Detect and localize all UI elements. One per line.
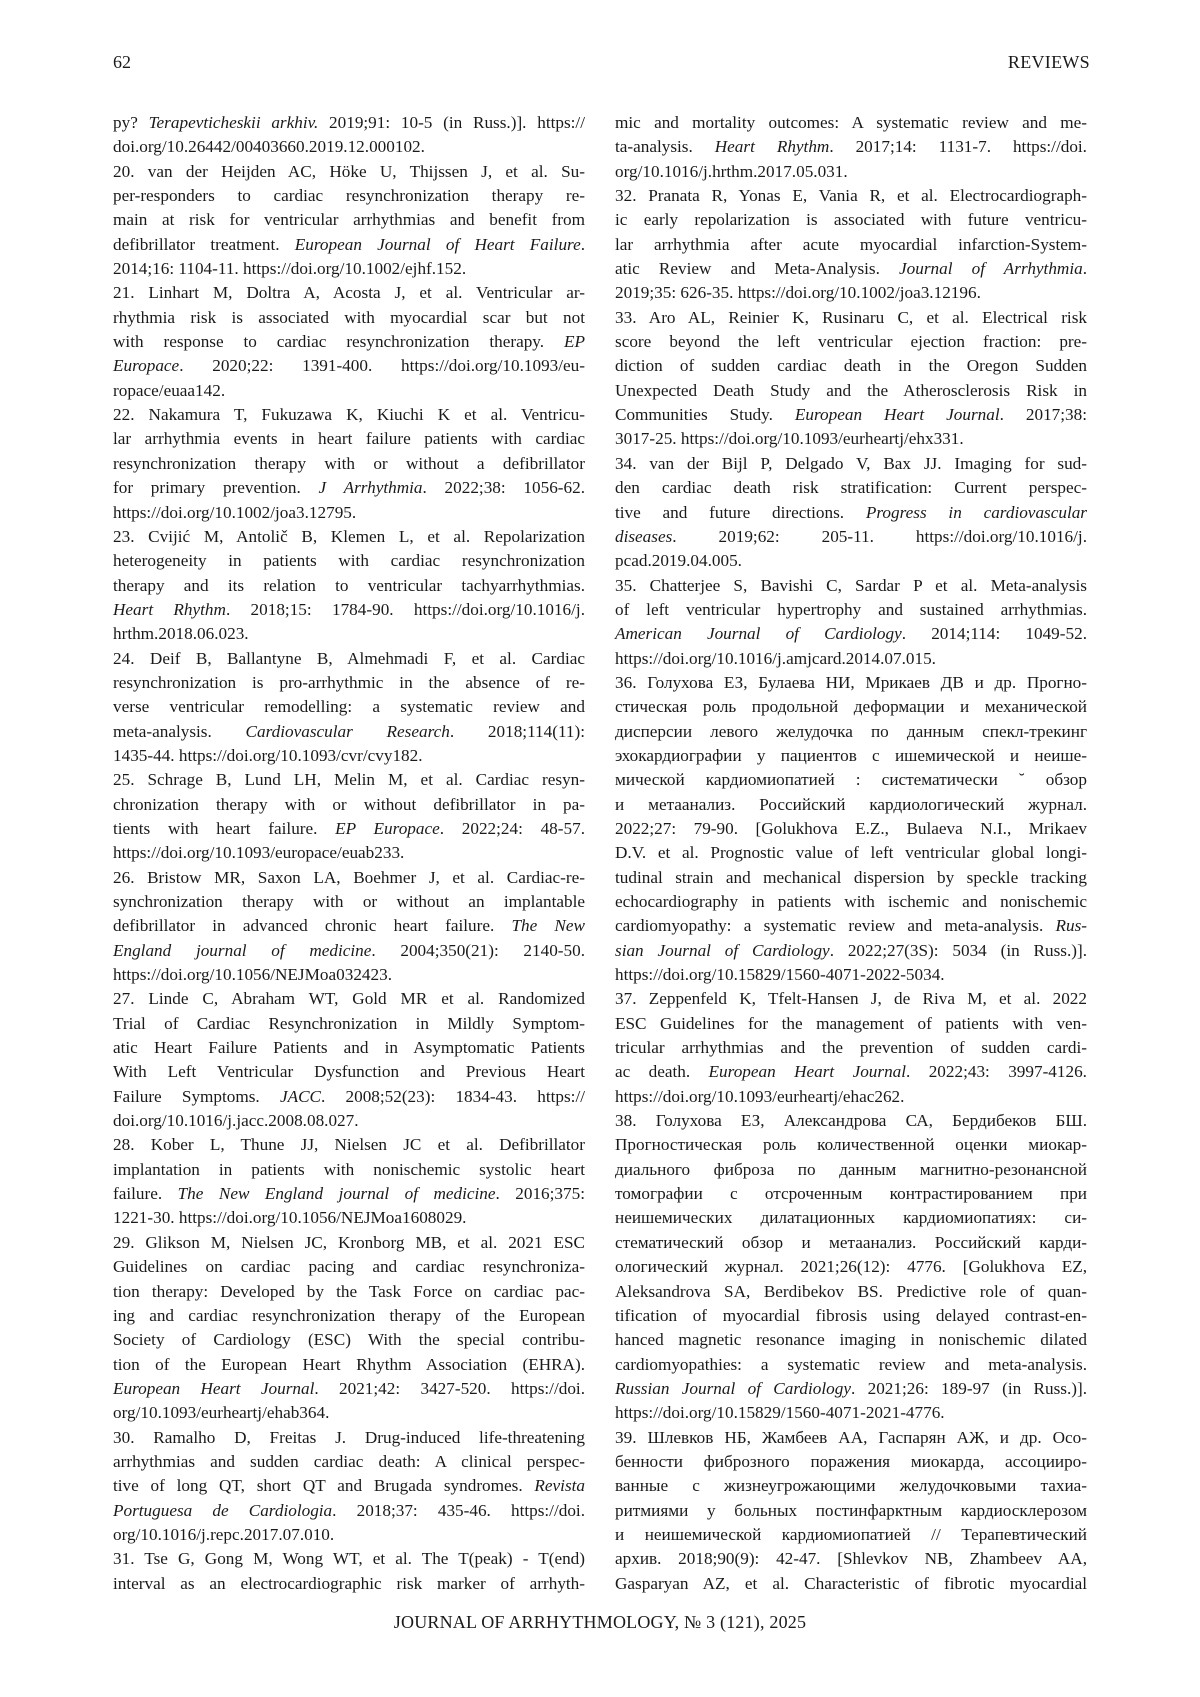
reference-text: for primary prevention.: [113, 478, 319, 497]
journal-title: EP: [564, 332, 585, 351]
reference-text: verse ventricular remodelling: a systema…: [113, 697, 585, 716]
reference-text: defibrillator treatment.: [113, 235, 295, 254]
reference-line: tion of the European Heart Rhythm Associ…: [113, 1353, 585, 1377]
reference-text: resynchronization is pro-arrhythmic in t…: [113, 673, 585, 692]
reference-line: 32. Pranata R, Yonas E, Vania R, et al. …: [615, 184, 1087, 208]
reference-line: 30. Ramalho D, Freitas J. Drug-induced l…: [113, 1426, 585, 1450]
reference-line: https://doi.org/10.1002/joa3.12795.: [113, 501, 585, 525]
reference-text: https://doi.org/10.1093/eurheartj/ehac26…: [615, 1087, 904, 1106]
reference-line: hrthm.2018.06.023.: [113, 622, 585, 646]
reference-text: . 2018;114(11):: [450, 722, 585, 741]
reference-line: 3017-25. https://doi.org/10.1093/eurhear…: [615, 427, 1087, 451]
reference-line: Society of Cardiology (ESC) With the spe…: [113, 1328, 585, 1352]
reference-line: per-responders to cardiac resynchronizat…: [113, 184, 585, 208]
reference-text: therapy and its relation to ventricular …: [113, 576, 585, 595]
reference-line: heterogeneity in patients with cardiac r…: [113, 549, 585, 573]
journal-title: Cardiovascular Research: [246, 722, 450, 741]
page-number: 62: [113, 52, 131, 73]
reference-text: . 2014;114: 1049-52.: [902, 624, 1087, 643]
reference-text: . 2018;37: 435-46. https://doi.: [332, 1501, 585, 1520]
reference-text: ac death.: [615, 1062, 709, 1081]
reference-line: Aleksandrova SA, Berdibekov BS. Predicti…: [615, 1280, 1087, 1304]
reference-text: неишемических дилатационных кардиомиопат…: [615, 1208, 1087, 1227]
reference-line: failure. The New England journal of medi…: [113, 1182, 585, 1206]
reference-line: chronization therapy with or without def…: [113, 793, 585, 817]
reference-line: defibrillator in advanced chronic heart …: [113, 914, 585, 938]
reference-line: стематический обзор и метаанализ. Россий…: [615, 1231, 1087, 1255]
journal-title: J Arrhythmia: [319, 478, 423, 497]
reference-text: Guidelines on cardiac pacing and cardiac…: [113, 1257, 585, 1276]
reference-text: . 2004;350(21): 2140-50.: [371, 941, 585, 960]
journal-title: The New: [511, 916, 585, 935]
reference-line: https://doi.org/10.1093/eurheartj/ehac26…: [615, 1085, 1087, 1109]
reference-line: 2014;16: 1104-11. https://doi.org/10.100…: [113, 257, 585, 281]
reference-text: 28. Kober L, Thune JJ, Nielsen JC et al.…: [113, 1135, 585, 1154]
reference-text: failure.: [113, 1184, 178, 1203]
reference-text: score beyond the left ventricular ejecti…: [615, 332, 1087, 351]
reference-line: lar arrhythmia events in heart failure p…: [113, 427, 585, 451]
reference-text: дисперсии левого желудочка по данным спе…: [615, 722, 1087, 741]
reference-line: https://doi.org/10.1093/europace/euab233…: [113, 841, 585, 865]
reference-line: tive of long QT, short QT and Brugada sy…: [113, 1474, 585, 1498]
reference-text: 24. Deif B, Ballantyne B, Almehmadi F, e…: [113, 649, 585, 668]
reference-line: doi.org/10.1016/j.jacc.2008.08.027.: [113, 1109, 585, 1133]
reference-text: D.V. et al. Prognostic value of left ven…: [615, 843, 1087, 862]
reference-text: diction of sudden cardiac death in the O…: [615, 356, 1087, 375]
reference-text: cardiomyopathy: a systematic review and …: [615, 916, 1055, 935]
reference-text: 26. Bristow MR, Saxon LA, Boehmer J, et …: [113, 868, 585, 887]
reference-line: 28. Kober L, Thune JJ, Nielsen JC et al.…: [113, 1133, 585, 1157]
reference-text: 1435-44. https://doi.org/10.1093/cvr/cvy…: [113, 746, 423, 765]
reference-line: hanced magnetic resonance imaging in non…: [615, 1328, 1087, 1352]
reference-line: 20. van der Heijden AC, Höke U, Thijssen…: [113, 160, 585, 184]
reference-line: 21. Linhart M, Doltra A, Acosta J, et al…: [113, 281, 585, 305]
reference-text: Gasparyan AZ, et al. Characteristic of f…: [615, 1574, 1087, 1593]
journal-title: European Journal of Heart Failure: [295, 235, 581, 254]
reference-text: ESC Guidelines for the management of pat…: [615, 1014, 1087, 1033]
reference-text: архив. 2018;90(9): 42-47. [Shlevkov NB, …: [615, 1549, 1087, 1568]
reference-text: tive of long QT, short QT and Brugada sy…: [113, 1476, 534, 1495]
reference-text: . 2022;24: 48-57.: [440, 819, 585, 838]
reference-line: interval as an electrocardiographic risk…: [113, 1572, 585, 1596]
reference-line: score beyond the left ventricular ejecti…: [615, 330, 1087, 354]
reference-text: стическая роль продольной деформации и м…: [615, 697, 1087, 716]
reference-text: pcad.2019.04.005.: [615, 551, 742, 570]
reference-line: arrhythmias and sudden cardiac death: A …: [113, 1450, 585, 1474]
reference-text: tion of the European Heart Rhythm Associ…: [113, 1355, 585, 1374]
reference-line: rhythmia risk is associated with myocard…: [113, 306, 585, 330]
reference-line: for primary prevention. J Arrhythmia. 20…: [113, 476, 585, 500]
reference-text: meta-analysis.: [113, 722, 246, 741]
journal-title: Heart Rhythm: [113, 600, 226, 619]
reference-line: D.V. et al. Prognostic value of left ven…: [615, 841, 1087, 865]
reference-text: Communities Study.: [615, 405, 795, 424]
reference-line: ологический журнал. 2021;26(12): 4776. […: [615, 1255, 1087, 1279]
reference-text: lar arrhythmia after acute myocardial in…: [615, 235, 1087, 254]
reference-line: 37. Zeppenfeld K, Tfelt-Hansen J, de Riv…: [615, 987, 1087, 1011]
reference-text: 22. Nakamura T, Fukuzawa K, Kiuchi K et …: [113, 405, 585, 424]
reference-text: 2022;27: 79-90. [Golukhova E.Z., Bulaeva…: [615, 819, 1087, 838]
journal-title: Revista: [534, 1476, 585, 1495]
reference-text: . 2020;22: 1391-400. https://doi.org/10.…: [179, 356, 585, 375]
reference-text: . 2022;27(3S): 5034 (in Russ.)].: [830, 941, 1087, 960]
reference-text: 33. Aro AL, Reinier K, Rusinaru C, et al…: [615, 308, 1087, 327]
reference-line: therapy and its relation to ventricular …: [113, 574, 585, 598]
reference-line: 25. Schrage B, Lund LH, Melin M, et al. …: [113, 768, 585, 792]
reference-line: 39. Шлевков НБ, Жамбеев АА, Гаспарян АЖ,…: [615, 1426, 1087, 1450]
reference-text: org/10.1016/j.repc.2017.07.010.: [113, 1525, 334, 1544]
reference-text: 39. Шлевков НБ, Жамбеев АА, Гаспарян АЖ,…: [615, 1428, 1087, 1447]
journal-title: Heart Rhythm: [715, 137, 830, 156]
reference-text: interval as an electrocardiographic risk…: [113, 1574, 585, 1593]
reference-text: doi.org/10.1016/j.jacc.2008.08.027.: [113, 1111, 359, 1130]
reference-text: Aleksandrova SA, Berdibekov BS. Predicti…: [615, 1282, 1087, 1301]
reference-text: cardiomyopathies: a systematic review an…: [615, 1355, 1087, 1374]
reference-line: With Left Ventricular Dysfunction and Pr…: [113, 1060, 585, 1084]
reference-line: эхокардиографии у пациентов с ишемическо…: [615, 744, 1087, 768]
reference-line: cardiomyopathies: a systematic review an…: [615, 1353, 1087, 1377]
reference-text: with response to cardiac resynchronizati…: [113, 332, 564, 351]
reference-text: и метаанализ. Российский кардиологически…: [615, 795, 1087, 814]
reference-text: Failure Symptoms.: [113, 1087, 280, 1106]
reference-line: synchronization therapy with or without …: [113, 890, 585, 914]
reference-line: ESC Guidelines for the management of pat…: [615, 1012, 1087, 1036]
reference-text: . 2008;52(23): 1834-43. https://: [321, 1087, 585, 1106]
reference-text: resynchronization therapy with or withou…: [113, 454, 585, 473]
reference-text: диального фиброза по данным магнитно-рез…: [615, 1160, 1087, 1179]
reference-line: Guidelines on cardiac pacing and cardiac…: [113, 1255, 585, 1279]
journal-title: Rus-: [1055, 916, 1087, 935]
reference-line: ac death. European Heart Journal. 2022;4…: [615, 1060, 1087, 1084]
reference-line: томографии с отсроченным контрастировани…: [615, 1182, 1087, 1206]
reference-text: hanced magnetic resonance imaging in non…: [615, 1330, 1087, 1349]
reference-text: эхокардиографии у пациентов с ишемическо…: [615, 746, 1087, 765]
reference-text: .: [581, 235, 585, 254]
reference-text: 1221-30. https://doi.org/10.1056/NEJMoa1…: [113, 1208, 466, 1227]
reference-line: 27. Linde C, Abraham WT, Gold MR et al. …: [113, 987, 585, 1011]
reference-line: with response to cardiac resynchronizati…: [113, 330, 585, 354]
reference-line: echocardiography in patients with ischem…: [615, 890, 1087, 914]
reference-line: 2022;27: 79-90. [Golukhova E.Z., Bulaeva…: [615, 817, 1087, 841]
reference-text: echocardiography in patients with ischem…: [615, 892, 1087, 911]
reference-list-left-column: py? Terapevticheskii arkhiv. 2019;91: 10…: [113, 111, 585, 1596]
reference-text: 2019;91: 10-5 (in Russ.)]. https://: [318, 113, 585, 132]
reference-text: Unexpected Death Study and the Atheroscl…: [615, 381, 1087, 400]
reference-line: 2019;35: 626-35. https://doi.org/10.1002…: [615, 281, 1087, 305]
reference-line: of left ventricular hypertrophy and sust…: [615, 598, 1087, 622]
reference-line: мической кардиомиопатией : систематическ…: [615, 768, 1087, 792]
journal-footer: JOURNAL OF ARRHYTHMOLOGY, № 3 (121), 202…: [0, 1612, 1200, 1633]
journal-title: Journal of Arrhythmia: [899, 259, 1083, 278]
reference-text: 25. Schrage B, Lund LH, Melin M, et al. …: [113, 770, 585, 789]
reference-text: . 2022;43: 3997-4126.: [906, 1062, 1087, 1081]
reference-line: 29. Glikson M, Nielsen JC, Kronborg MB, …: [113, 1231, 585, 1255]
reference-line: ритмиями у больных постинфарктным кардио…: [615, 1499, 1087, 1523]
reference-text: heterogeneity in patients with cardiac r…: [113, 551, 585, 570]
reference-text: tients with heart failure.: [113, 819, 335, 838]
journal-title: England journal of medicine: [113, 941, 371, 960]
reference-line: ta-analysis. Heart Rhythm. 2017;14: 1131…: [615, 135, 1087, 159]
reference-text: tion therapy: Developed by the Task Forc…: [113, 1282, 585, 1301]
reference-text: . 2018;15: 1784-90. https://doi.org/10.1…: [226, 600, 585, 619]
reference-text: 23. Cvijić M, Antolič B, Klemen L, et al…: [113, 527, 585, 546]
reference-text: doi.org/10.26442/00403660.2019.12.000102…: [113, 137, 425, 156]
reference-text: org/10.1016/j.hrthm.2017.05.031.: [615, 162, 848, 181]
reference-line: diseases. 2019;62: 205-11. https://doi.o…: [615, 525, 1087, 549]
reference-line: sian Journal of Cardiology. 2022;27(3S):…: [615, 939, 1087, 963]
reference-line: дисперсии левого желудочка по данным спе…: [615, 720, 1087, 744]
reference-line: https://doi.org/10.1056/NEJMoa032423.: [113, 963, 585, 987]
reference-line: Portuguesa de Cardiologia. 2018;37: 435-…: [113, 1499, 585, 1523]
reference-line: Trial of Cardiac Resynchronization in Mi…: [113, 1012, 585, 1036]
reference-text: ологический журнал. 2021;26(12): 4776. […: [615, 1257, 1087, 1276]
reference-text: . 2022;38: 1056-62.: [423, 478, 586, 497]
reference-line: Failure Symptoms. JACC. 2008;52(23): 183…: [113, 1085, 585, 1109]
reference-text: tudinal strain and mechanical dispersion…: [615, 868, 1087, 887]
reference-text: 34. van der Bijl P, Delgado V, Bax JJ. I…: [615, 454, 1087, 473]
reference-text: стематический обзор и метаанализ. Россий…: [615, 1233, 1087, 1252]
reference-line: org/10.1016/j.repc.2017.07.010.: [113, 1523, 585, 1547]
reference-text: 27. Linde C, Abraham WT, Gold MR et al. …: [113, 989, 585, 1008]
reference-text: lar arrhythmia events in heart failure p…: [113, 429, 585, 448]
reference-text: mic and mortality outcomes: A systematic…: [615, 113, 1087, 132]
reference-line: tricular arrhythmias and the prevention …: [615, 1036, 1087, 1060]
reference-line: py? Terapevticheskii arkhiv. 2019;91: 10…: [113, 111, 585, 135]
reference-text: 21. Linhart M, Doltra A, Acosta J, et al…: [113, 283, 585, 302]
journal-title: Terapevticheskii arkhiv.: [149, 113, 319, 132]
reference-line: atic Heart Failure Patients and in Asymp…: [113, 1036, 585, 1060]
reference-text: 20. van der Heijden AC, Höke U, Thijssen…: [113, 162, 585, 181]
reference-line: diction of sudden cardiac death in the O…: [615, 354, 1087, 378]
reference-line: implantation in patients with nonischemi…: [113, 1158, 585, 1182]
reference-line: 36. Голухова ЕЗ, Булаева НИ, Мрикаев ДВ …: [615, 671, 1087, 695]
reference-line: European Heart Journal. 2021;42: 3427-52…: [113, 1377, 585, 1401]
reference-text: бенности фиброзного поражения миокарда, …: [615, 1452, 1087, 1471]
reference-text: With Left Ventricular Dysfunction and Pr…: [113, 1062, 585, 1081]
reference-text: tification of myocardial fibrosis using …: [615, 1306, 1087, 1325]
reference-line: Прогностическая роль количественной оцен…: [615, 1133, 1087, 1157]
reference-text: atic Heart Failure Patients and in Asymp…: [113, 1038, 585, 1057]
reference-text: https://doi.org/10.15829/1560-4071-2021-…: [615, 1403, 945, 1422]
reference-text: 35. Chatterjee S, Bavishi C, Sardar P et…: [615, 576, 1087, 595]
reference-line: Communities Study. European Heart Journa…: [615, 403, 1087, 427]
reference-text: .: [1083, 259, 1087, 278]
reference-line: atic Review and Meta-Analysis. Journal o…: [615, 257, 1087, 281]
reference-text: py?: [113, 113, 149, 132]
reference-text: ic early repolarization is associated wi…: [615, 210, 1087, 229]
reference-text: rhythmia risk is associated with myocard…: [113, 308, 585, 327]
reference-line: ванные с жизнеугрожающими желудочковыми …: [615, 1474, 1087, 1498]
reference-text: . 2021;42: 3427-520. https://doi.: [314, 1379, 585, 1398]
reference-line: doi.org/10.26442/00403660.2019.12.000102…: [113, 135, 585, 159]
reference-line: Russian Journal of Cardiology. 2021;26: …: [615, 1377, 1087, 1401]
reference-line: Europace. 2020;22: 1391-400. https://doi…: [113, 354, 585, 378]
reference-text: main at risk for ventricular arrhythmias…: [113, 210, 585, 229]
reference-text: ropace/euaa142.: [113, 381, 225, 400]
reference-line: 23. Cvijić M, Antolič B, Klemen L, et al…: [113, 525, 585, 549]
reference-text: . 2017;14: 1131-7. https://doi.: [829, 137, 1087, 156]
reference-text: томографии с отсроченным контрастировани…: [615, 1184, 1087, 1203]
journal-title: EP Europace: [335, 819, 440, 838]
reference-text: 38. Голухова ЕЗ, Александрова СА, Бердиб…: [615, 1111, 1087, 1130]
reference-text: . 2019;62: 205-11. https://doi.org/10.10…: [672, 527, 1087, 546]
journal-title: Portuguesa de Cardiologia: [113, 1501, 332, 1520]
reference-text: tive and future directions.: [615, 503, 866, 522]
reference-text: Trial of Cardiac Resynchronization in Mi…: [113, 1014, 585, 1033]
reference-line: диального фиброза по данным магнитно-рез…: [615, 1158, 1087, 1182]
reference-list-right-column: mic and mortality outcomes: A systematic…: [615, 111, 1087, 1596]
reference-line: mic and mortality outcomes: A systematic…: [615, 111, 1087, 135]
reference-line: tudinal strain and mechanical dispersion…: [615, 866, 1087, 890]
journal-title: European Heart Journal: [795, 405, 1000, 424]
reference-text: https://doi.org/10.1002/joa3.12795.: [113, 503, 356, 522]
reference-text: . 2016;375:: [496, 1184, 585, 1203]
reference-line: 35. Chatterjee S, Bavishi C, Sardar P et…: [615, 574, 1087, 598]
reference-text: implantation in patients with nonischemi…: [113, 1160, 585, 1179]
reference-line: и метаанализ. Российский кардиологически…: [615, 793, 1087, 817]
reference-line: main at risk for ventricular arrhythmias…: [113, 208, 585, 232]
journal-title: diseases: [615, 527, 672, 546]
reference-line: org/10.1093/eurheartj/ehab364.: [113, 1401, 585, 1425]
reference-text: ta-analysis.: [615, 137, 715, 156]
journal-title: JACC: [280, 1087, 321, 1106]
reference-text: hrthm.2018.06.023.: [113, 624, 249, 643]
reference-line: tion therapy: Developed by the Task Forc…: [113, 1280, 585, 1304]
reference-line: стическая роль продольной деформации и м…: [615, 695, 1087, 719]
reference-line: tients with heart failure. EP Europace. …: [113, 817, 585, 841]
journal-title: European Heart Journal: [113, 1379, 314, 1398]
reference-line: Unexpected Death Study and the Atheroscl…: [615, 379, 1087, 403]
reference-text: per-responders to cardiac resynchronizat…: [113, 186, 585, 205]
reference-text: 37. Zeppenfeld K, Tfelt-Hansen J, de Riv…: [615, 989, 1087, 1008]
reference-text: den cardiac death risk stratification: C…: [615, 478, 1087, 497]
reference-text: ритмиями у больных постинфарктным кардио…: [615, 1501, 1087, 1520]
reference-line: meta-analysis. Cardiovascular Research. …: [113, 720, 585, 744]
reference-text: 36. Голухова ЕЗ, Булаева НИ, Мрикаев ДВ …: [615, 673, 1087, 692]
reference-line: 22. Nakamura T, Fukuzawa K, Kiuchi K et …: [113, 403, 585, 427]
reference-line: 38. Голухова ЕЗ, Александрова СА, Бердиб…: [615, 1109, 1087, 1133]
reference-line: org/10.1016/j.hrthm.2017.05.031.: [615, 160, 1087, 184]
reference-line: verse ventricular remodelling: a systema…: [113, 695, 585, 719]
reference-text: atic Review and Meta-Analysis.: [615, 259, 899, 278]
journal-title: The New England journal of medicine: [178, 1184, 496, 1203]
reference-text: 31. Tse G, Gong M, Wong WT, et al. The T…: [113, 1549, 585, 1568]
reference-text: ing and cardiac resynchronization therap…: [113, 1306, 585, 1325]
reference-text: https://doi.org/10.1056/NEJMoa032423.: [113, 965, 392, 984]
reference-line: 24. Deif B, Ballantyne B, Almehmadi F, e…: [113, 647, 585, 671]
journal-title: Europace: [113, 356, 179, 375]
reference-line: ic early repolarization is associated wi…: [615, 208, 1087, 232]
reference-line: 34. van der Bijl P, Delgado V, Bax JJ. I…: [615, 452, 1087, 476]
reference-line: https://doi.org/10.15829/1560-4071-2021-…: [615, 1401, 1087, 1425]
reference-line: Gasparyan AZ, et al. Characteristic of f…: [615, 1572, 1087, 1596]
reference-text: и неишемической кардиомиопатией // Терап…: [615, 1525, 1087, 1544]
reference-line: 1435-44. https://doi.org/10.1093/cvr/cvy…: [113, 744, 585, 768]
journal-title: sian Journal of Cardiology: [615, 941, 830, 960]
reference-line: lar arrhythmia after acute myocardial in…: [615, 233, 1087, 257]
reference-line: бенности фиброзного поражения миокарда, …: [615, 1450, 1087, 1474]
reference-text: https://doi.org/10.15829/1560-4071-2022-…: [615, 965, 945, 984]
reference-line: defibrillator treatment. European Journa…: [113, 233, 585, 257]
journal-title: Russian Journal of Cardiology: [615, 1379, 851, 1398]
reference-text: of left ventricular hypertrophy and sust…: [615, 600, 1087, 619]
reference-text: tricular arrhythmias and the prevention …: [615, 1038, 1087, 1057]
journal-title: American Journal of Cardiology: [615, 624, 902, 643]
reference-line: https://doi.org/10.1016/j.amjcard.2014.0…: [615, 647, 1087, 671]
reference-line: resynchronization therapy with or withou…: [113, 452, 585, 476]
reference-line: den cardiac death risk stratification: C…: [615, 476, 1087, 500]
reference-line: tive and future directions. Progress in …: [615, 501, 1087, 525]
reference-text: . 2021;26: 189-97 (in Russ.)].: [851, 1379, 1087, 1398]
reference-text: defibrillator in advanced chronic heart …: [113, 916, 511, 935]
reference-text: Society of Cardiology (ESC) With the spe…: [113, 1330, 585, 1349]
reference-text: 32. Pranata R, Yonas E, Vania R, et al. …: [615, 186, 1087, 205]
reference-text: 29. Glikson M, Nielsen JC, Kronborg MB, …: [113, 1233, 585, 1252]
reference-text: . 2017;38:: [1000, 405, 1087, 424]
reference-text: Прогностическая роль количественной оцен…: [615, 1135, 1087, 1154]
reference-text: https://doi.org/10.1093/europace/euab233…: [113, 843, 404, 862]
section-title: REVIEWS: [1008, 52, 1090, 73]
reference-text: 30. Ramalho D, Freitas J. Drug-induced l…: [113, 1428, 585, 1447]
reference-line: 26. Bristow MR, Saxon LA, Boehmer J, et …: [113, 866, 585, 890]
reference-line: 1221-30. https://doi.org/10.1056/NEJMoa1…: [113, 1206, 585, 1230]
reference-line: England journal of medicine. 2004;350(21…: [113, 939, 585, 963]
journal-title: European Heart Journal: [709, 1062, 906, 1081]
reference-line: https://doi.org/10.15829/1560-4071-2022-…: [615, 963, 1087, 987]
reference-line: Heart Rhythm. 2018;15: 1784-90. https://…: [113, 598, 585, 622]
reference-text: chronization therapy with or without def…: [113, 795, 585, 814]
reference-text: 2014;16: 1104-11. https://doi.org/10.100…: [113, 259, 466, 278]
reference-text: 3017-25. https://doi.org/10.1093/eurhear…: [615, 429, 964, 448]
reference-line: ing and cardiac resynchronization therap…: [113, 1304, 585, 1328]
reference-line: pcad.2019.04.005.: [615, 549, 1087, 573]
reference-text: мической кардиомиопатией : систематическ…: [615, 770, 1087, 789]
reference-text: 2019;35: 626-35. https://doi.org/10.1002…: [615, 283, 981, 302]
reference-line: 31. Tse G, Gong M, Wong WT, et al. The T…: [113, 1547, 585, 1571]
reference-text: org/10.1093/eurheartj/ehab364.: [113, 1403, 329, 1422]
reference-line: resynchronization is pro-arrhythmic in t…: [113, 671, 585, 695]
reference-line: American Journal of Cardiology. 2014;114…: [615, 622, 1087, 646]
journal-title: Progress in cardiovascular: [866, 503, 1087, 522]
reference-text: https://doi.org/10.1016/j.amjcard.2014.0…: [615, 649, 936, 668]
reference-line: архив. 2018;90(9): 42-47. [Shlevkov NB, …: [615, 1547, 1087, 1571]
reference-line: tification of myocardial fibrosis using …: [615, 1304, 1087, 1328]
reference-line: 33. Aro AL, Reinier K, Rusinaru C, et al…: [615, 306, 1087, 330]
reference-line: ropace/euaa142.: [113, 379, 585, 403]
reference-text: ванные с жизнеугрожающими желудочковыми …: [615, 1476, 1087, 1495]
reference-line: и неишемической кардиомиопатией // Терап…: [615, 1523, 1087, 1547]
reference-text: synchronization therapy with or without …: [113, 892, 585, 911]
reference-line: неишемических дилатационных кардиомиопат…: [615, 1206, 1087, 1230]
reference-line: cardiomyopathy: a systematic review and …: [615, 914, 1087, 938]
reference-text: arrhythmias and sudden cardiac death: A …: [113, 1452, 585, 1471]
